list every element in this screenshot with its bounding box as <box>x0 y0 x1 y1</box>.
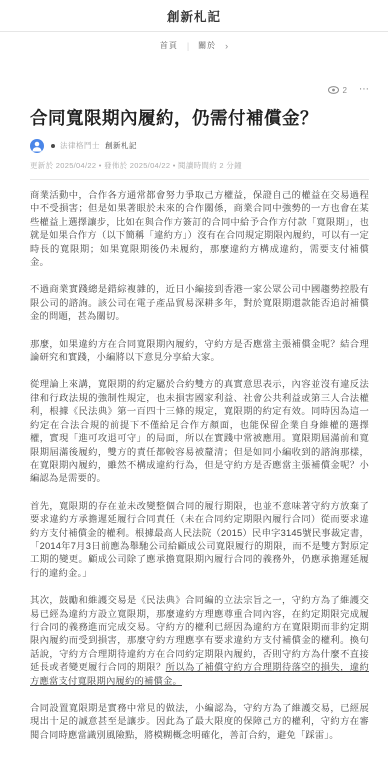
site-title[interactable]: 創新札記 <box>0 7 388 25</box>
article-meta: 更新於 2025/04/22 • 發佈於 2025/04/22 • 閱讀時間約 … <box>30 160 369 171</box>
nav-item-home[interactable]: 首頁 <box>160 40 178 51</box>
paragraph: 商業活動中，合作各方通常都會努力爭取己方權益，保證自己的權益在交易過程中不受損害… <box>30 189 369 269</box>
author-avatar[interactable] <box>30 139 44 153</box>
paragraph-text: 其次，鼓勵和維護交易是《民法典》合同編的立法宗旨之一，守約方為了維護交易已經為違… <box>30 595 369 672</box>
chevron-right-icon[interactable]: › <box>225 41 228 51</box>
author-row: 法律格鬥士 創新札記 <box>30 138 369 153</box>
paragraph: 首先，寬限期的存在並未改變整個合同的履行期限，也並不意味著守約方放棄了要求違約方… <box>30 500 369 580</box>
member-badge-icon <box>51 144 55 148</box>
article-page: 2 ⋯ 合同寬限期內履約，仍需付補償金？ 法律格鬥士 創新札記 更新於 2025… <box>0 84 388 742</box>
views-count: 2 <box>343 86 347 95</box>
publication-name[interactable]: 創新札記 <box>105 140 137 151</box>
paragraph: 那麼，如果違約方在合同寬限期內履約，守約方是否應當主張補償金呢？結合理論研究和實… <box>30 338 369 365</box>
article-title: 合同寬限期內履約，仍需付補償金？ <box>30 105 369 131</box>
top-nav: 首頁 | 關於 › <box>0 32 388 60</box>
site-header: 創新札記 <box>0 0 388 32</box>
paragraph: 從理論上來講，寬限期的約定屬於合約雙方的真實意思表示，內容並沒有違反法律和行政法… <box>30 378 369 485</box>
paragraph: 不過商業實踐總是錯綜複雜的，近日小編接到香港一家公眾公司中國趨勢控股有限公司的諮… <box>30 283 369 323</box>
article-body: 商業活動中，合作各方通常都會努力爭取己方權益，保證自己的權益在交易過程中不受損害… <box>30 189 369 742</box>
author-name[interactable]: 法律格鬥士 <box>60 140 100 151</box>
nav-divider: | <box>187 41 189 51</box>
paragraph: 合同設置寬限期是實務中常見的做法，小編認為，守約方為了維護交易，已經展現出十足的… <box>30 702 369 742</box>
nav-item-about[interactable]: 關於 <box>198 40 216 51</box>
eye-icon <box>328 86 339 94</box>
views-row: 2 ⋯ <box>30 84 369 96</box>
meta-divider <box>30 179 369 180</box>
paragraph: 其次，鼓勵和維護交易是《民法典》合同編的立法宗旨之一，守約方為了維護交易已經為違… <box>30 594 369 688</box>
more-options-icon[interactable]: ⋯ <box>359 86 369 94</box>
